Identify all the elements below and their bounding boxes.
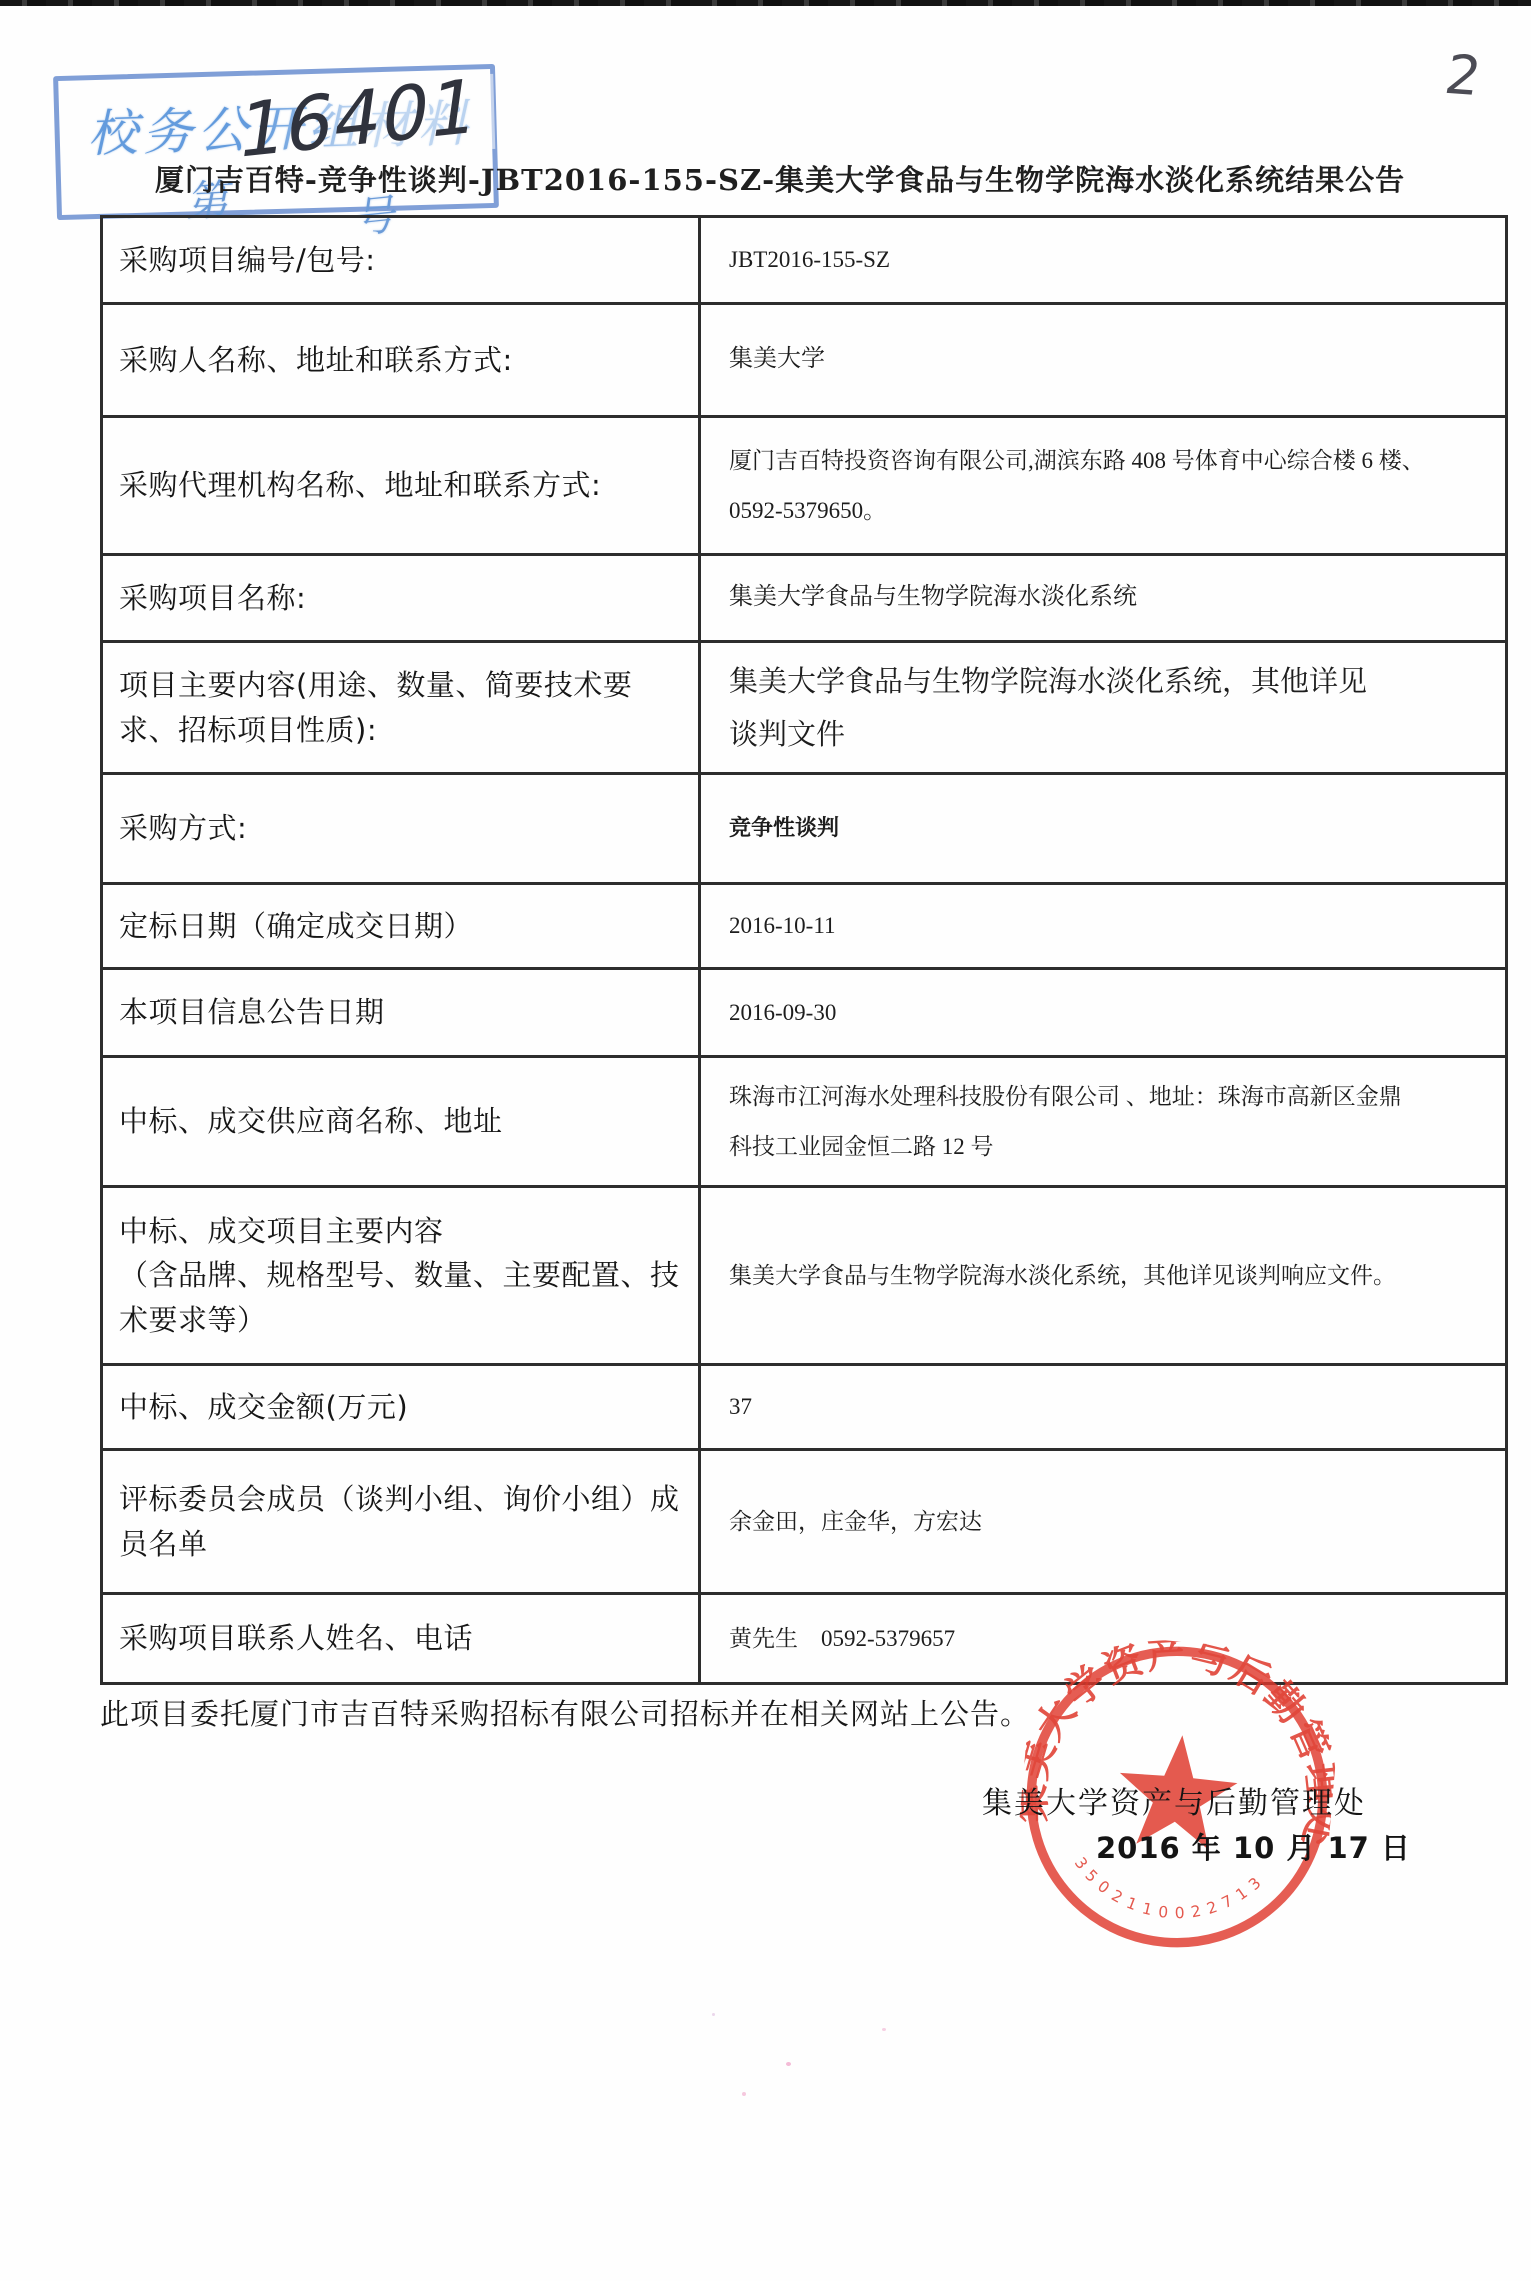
row-label: 本项目信息公告日期 [102, 969, 700, 1057]
row-value: 竞争性谈判 [700, 774, 1507, 884]
row-value: 2016-09-30 [700, 969, 1507, 1057]
row-label: 采购人名称、地址和联系方式: [102, 304, 700, 417]
row-value: 余金田，庄金华，方宏达 [700, 1450, 1507, 1594]
row-value: 37 [700, 1365, 1507, 1450]
scan-speck [786, 2062, 791, 2066]
row-value: JBT2016-155-SZ [700, 217, 1507, 304]
row-label: 定标日期（确定成交日期） [102, 884, 700, 969]
row-label: 中标、成交金额(万元) [102, 1365, 700, 1450]
handwritten-page-number: 2 [1441, 43, 1486, 108]
row-value: 集美大学 [700, 304, 1507, 417]
table-row: 评标委员会成员（谈判小组、询价小组）成员名单 余金田，庄金华，方宏达 [102, 1450, 1507, 1594]
row-label: 采购项目编号/包号: [102, 217, 700, 304]
table-row: 中标、成交项目主要内容 （含品牌、规格型号、数量、主要配置、技术要求等） 集美大… [102, 1187, 1507, 1365]
row-value: 集美大学食品与生物学院海水淡化系统 [700, 555, 1507, 642]
scanned-document-page: 2 校务公开组材料 第 号 16401 厦门吉百特-竞争性谈判-JBT2016-… [0, 0, 1531, 2281]
table-row: 采购人名称、地址和联系方式: 集美大学 [102, 304, 1507, 417]
row-label: 项目主要内容(用途、数量、简要技术要求、招标项目性质): [102, 642, 700, 774]
row-value: 集美大学食品与生物学院海水淡化系统，其他详见谈判响应文件。 [700, 1187, 1507, 1365]
table-row: 采购代理机构名称、地址和联系方式: 厦门吉百特投资咨询有限公司,湖滨东路 408… [102, 417, 1507, 555]
row-value: 厦门吉百特投资咨询有限公司,湖滨东路 408 号体育中心综合楼 6 楼、 059… [700, 417, 1507, 555]
delegation-note: 此项目委托厦门市吉百特采购招标有限公司招标并在相关网站上公告。 [100, 1692, 1480, 1733]
table-row: 采购项目名称: 集美大学食品与生物学院海水淡化系统 [102, 555, 1507, 642]
row-value: 珠海市江河海水处理科技股份有限公司 、地址：珠海市高新区金鼎 科技工业园金恒二路… [700, 1057, 1507, 1187]
scan-speck [742, 2092, 746, 2096]
row-value: 集美大学食品与生物学院海水淡化系统，其他详见 谈判文件 [700, 642, 1507, 774]
issuing-department: 集美大学资产与后勤管理处 [982, 1778, 1366, 1822]
table-row: 本项目信息公告日期 2016-09-30 [102, 969, 1507, 1057]
row-label: 采购项目名称: [102, 555, 700, 642]
scan-speck [712, 2013, 715, 2016]
table-row: 项目主要内容(用途、数量、简要技术要求、招标项目性质): 集美大学食品与生物学院… [102, 642, 1507, 774]
row-label: 中标、成交供应商名称、地址 [102, 1057, 700, 1187]
table-row: 采购项目编号/包号: JBT2016-155-SZ [102, 217, 1507, 304]
row-label: 评标委员会成员（谈判小组、询价小组）成员名单 [102, 1450, 700, 1594]
table-row: 采购方式: 竞争性谈判 [102, 774, 1507, 884]
table-row: 中标、成交金额(万元) 37 [102, 1365, 1507, 1450]
row-label: 中标、成交项目主要内容 （含品牌、规格型号、数量、主要配置、技术要求等） [102, 1187, 700, 1365]
scanner-edge-artifact [0, 0, 1531, 6]
announcement-table: 采购项目编号/包号: JBT2016-155-SZ 采购人名称、地址和联系方式:… [100, 215, 1508, 1685]
row-value: 2016-10-11 [700, 884, 1507, 969]
table-row: 中标、成交供应商名称、地址 珠海市江河海水处理科技股份有限公司 、地址：珠海市高… [102, 1057, 1507, 1187]
row-label: 采购方式: [102, 774, 700, 884]
issue-date: 2016 年 10 月 17 日 [1096, 1826, 1411, 1867]
scan-speck [882, 2028, 886, 2031]
row-label: 采购代理机构名称、地址和联系方式: [102, 417, 700, 555]
table-row: 定标日期（确定成交日期） 2016-10-11 [102, 884, 1507, 969]
row-label: 采购项目联系人姓名、电话 [102, 1594, 700, 1684]
